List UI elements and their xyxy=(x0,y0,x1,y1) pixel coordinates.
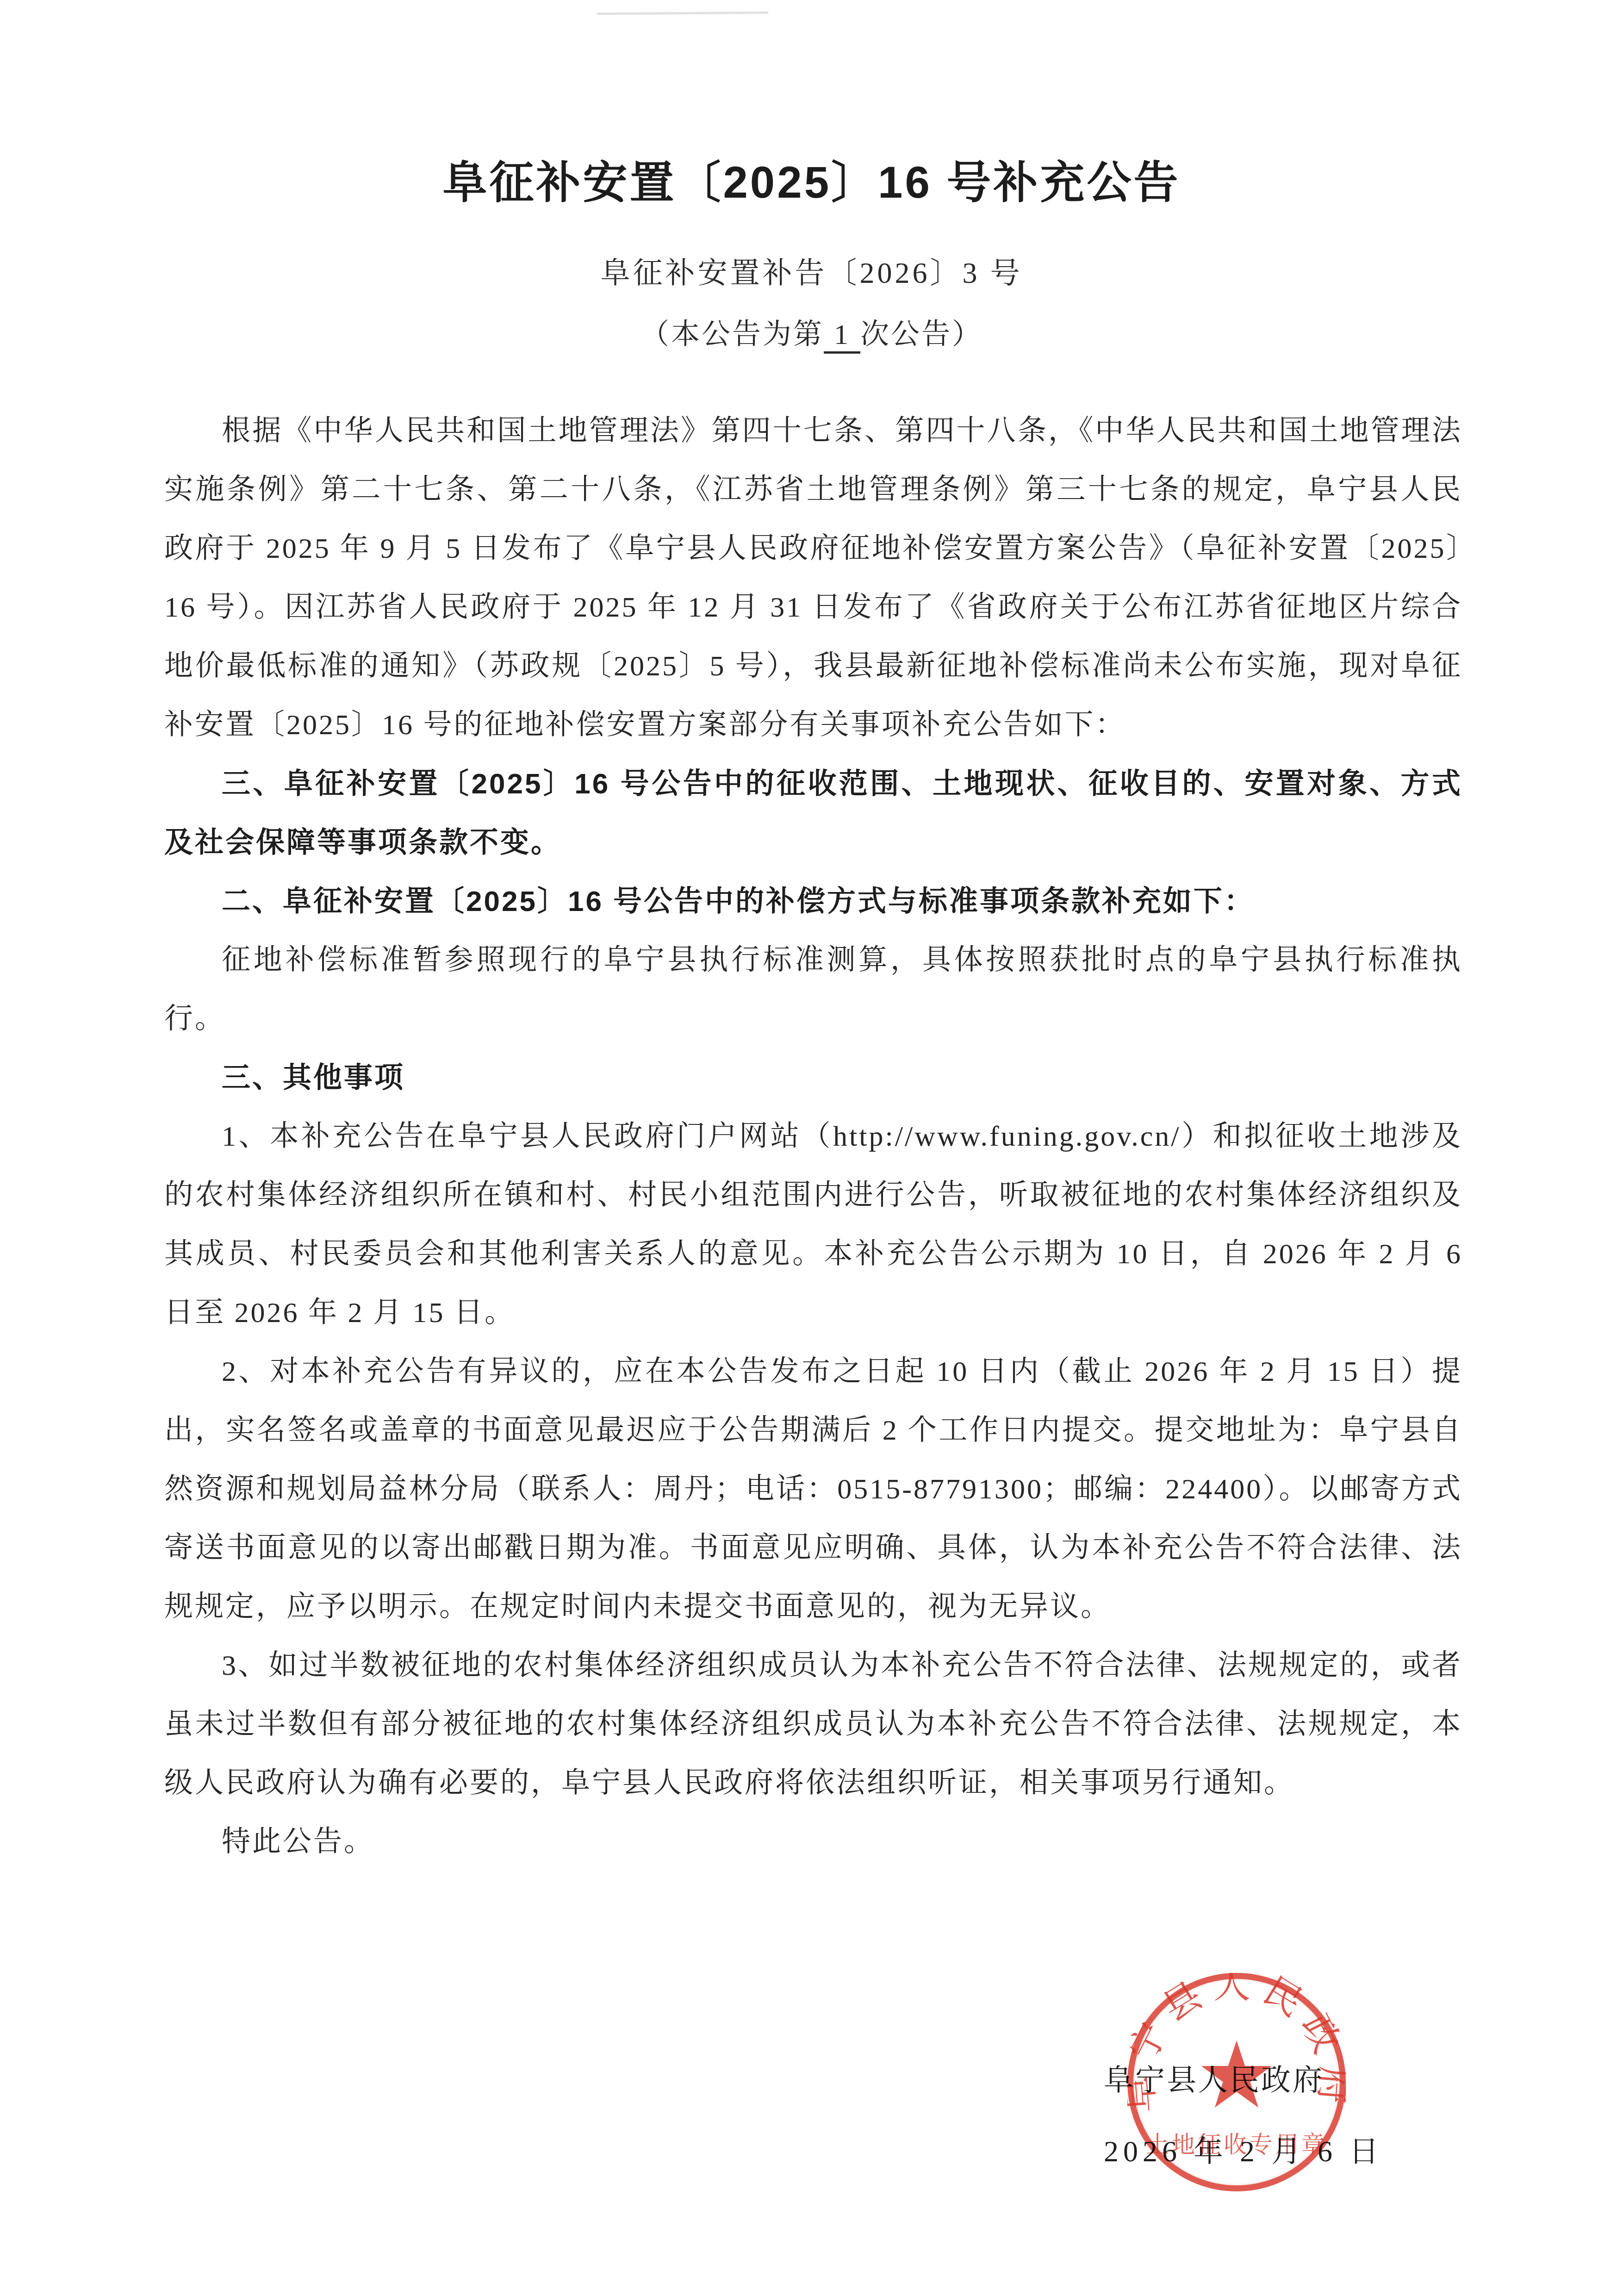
body-paragraph-objection-procedure: 2、对本补充公告有异议的，应在本公告发布之日起 10 日内（截止 2026 年 … xyxy=(164,1342,1462,1636)
note-suffix: 次公告） xyxy=(860,319,983,350)
body-paragraph-legal-basis: 根据《中华人民共和国土地管理法》第四十七条、第四十八条，《中华人民共和国土地管理… xyxy=(164,402,1462,755)
body-paragraph-compensation-standard: 征地补偿标准暂参照现行的阜宁县执行标准测算，具体按照获批时点的阜宁县执行标准执行… xyxy=(164,931,1462,1048)
body-paragraph-hearing: 3、如过半数被征地的农村集体经济组织成员认为本补充公告不符合法律、法规规定的，或… xyxy=(164,1636,1462,1813)
body-paragraph-closing: 特此公告。 xyxy=(164,1813,1462,1872)
note-prefix: （本公告为第 xyxy=(640,319,824,350)
section-heading-unchanged-items: 三、阜征补安置〔2025〕16 号公告中的征收范围、土地现状、征收目的、安置对象… xyxy=(164,755,1462,872)
signature-block: 阜宁县人民政府 2026 年 2 月 6 日 xyxy=(1104,2056,1363,2170)
page-title: 阜征补安置〔2025〕16 号补充公告 xyxy=(0,147,1623,211)
body-paragraph-publication-scope: 1、本补充公告在阜宁县人民政府门户网站（http://www.funing.go… xyxy=(164,1107,1462,1342)
section-heading-compensation-supplement: 二、阜征补安置〔2025〕16 号公告中的补偿方式与标准事项条款补充如下： xyxy=(164,872,1462,931)
scan-artifact-line xyxy=(597,12,768,15)
announcement-page: 阜征补安置〔2025〕16 号补充公告 阜征补安置补告〔2026〕3 号 （本公… xyxy=(0,0,1623,2296)
signature-issuer: 阜宁县人民政府 xyxy=(1104,2056,1363,2099)
signature-date: 2026 年 2 月 6 日 xyxy=(1104,2128,1363,2170)
announcement-count-underlined: 1 xyxy=(824,318,860,354)
section-heading-other-matters: 三、其他事项 xyxy=(164,1048,1462,1107)
document-body: 根据《中华人民共和国土地管理法》第四十七条、第四十八条，《中华人民共和国土地管理… xyxy=(164,402,1462,1872)
document-number: 阜征补安置补告〔2026〕3 号 xyxy=(0,249,1623,292)
announcement-sequence-note: （本公告为第1次公告） xyxy=(0,311,1623,354)
